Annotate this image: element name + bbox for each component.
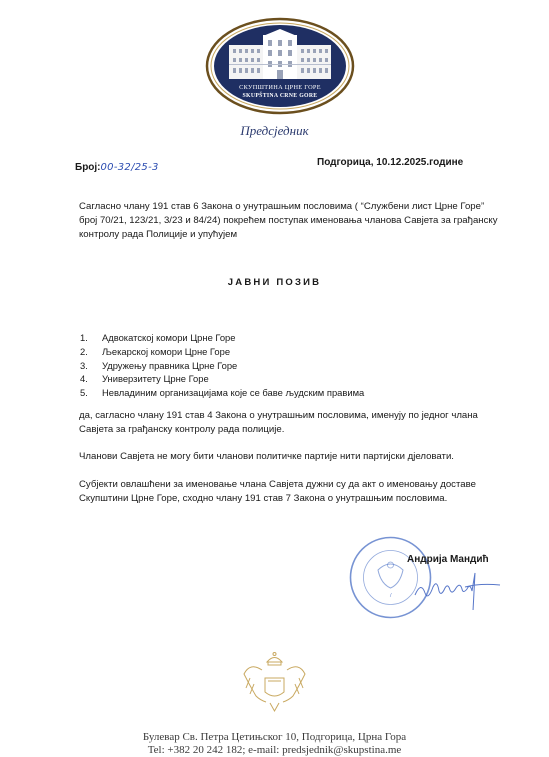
number-label: Број: [75,162,101,173]
city-date: Подгорица, 10.12.2025.године [317,157,463,168]
handwritten-signature-icon [410,565,505,610]
footer-address: Булевар Св. Петра Цетињског 10, Подгориц… [0,731,549,743]
parliament-logo: СКУПШТИНА ЦРНЕ ГОРЕ SKUPŠTINA CRNE GORE [205,17,355,115]
svg-text:7: 7 [389,593,393,599]
signer-name: Андрија Мандић [407,554,489,565]
coat-of-arms-icon [232,648,317,723]
list-item: 5.Невладиним организацијама које се баве… [80,386,364,400]
logo-text-cyrillic: СКУПШТИНА ЦРНЕ ГОРЕ [205,83,355,92]
list-item: 1.Адвокатској комори Црне Горе [80,331,364,345]
footer-contact: Tel: +382 20 242 182; e-mail: predsjedni… [0,744,549,756]
restriction-paragraph: Чланови Савјета не могу бити чланови пол… [79,450,499,464]
appointment-paragraph: да, сагласно члану 191 став 4 Закона о у… [79,409,499,437]
logo-text-latin: SKUPŠTINA CRNE GORE [205,92,355,101]
list-item: 2.Љекарској комори Црне Горе [80,345,364,359]
document-number: Број:00-32/25-3 [75,162,159,173]
recipient-list: 1.Адвокатској комори Црне Горе 2.Љекарск… [80,331,364,400]
submission-paragraph: Субјекти овлашћени за именовање члана Са… [79,478,499,506]
list-item: 4.Универзитету Црне Горе [80,372,364,386]
office-title: Предсједник [0,123,549,139]
list-item: 3.Удружењу правника Црне Горе [80,359,364,373]
number-value: 00-32/25-3 [101,162,159,173]
document-heading: ЈАВНИ ПОЗИВ [0,277,549,288]
intro-paragraph: Сагласно члану 191 став 6 Закона о унутр… [79,200,499,242]
